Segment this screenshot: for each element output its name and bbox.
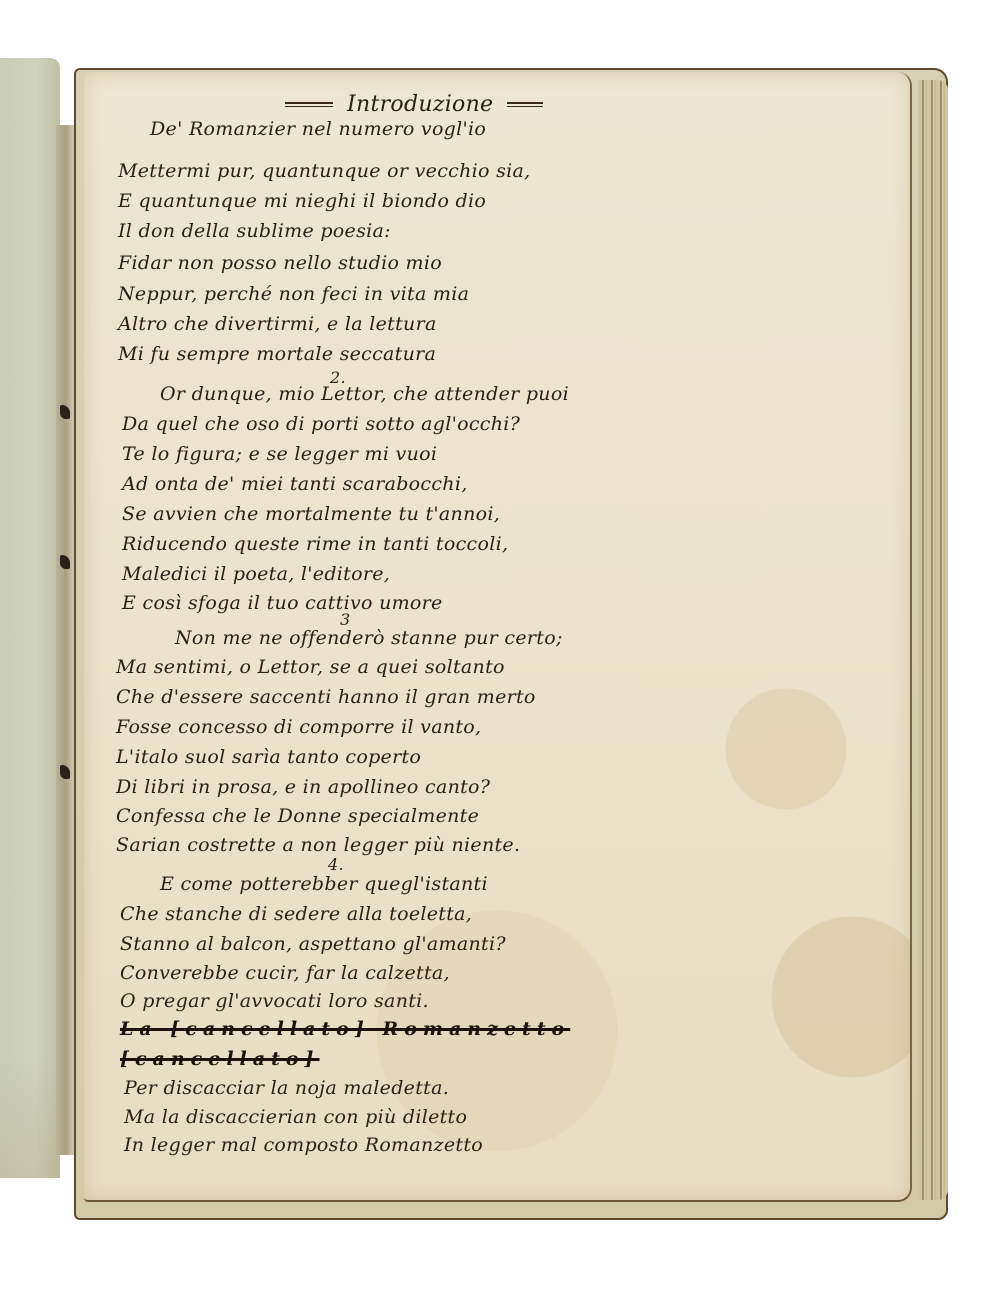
verse-line: E come potterebber quegl'istanti — [160, 873, 488, 895]
verse-line: E così sfoga il tuo cattivo umore — [122, 592, 443, 614]
verse-line: Ma la discaccierian con più diletto — [124, 1106, 467, 1128]
verse-line: Di libri in prosa, e in apollineo canto? — [116, 776, 490, 798]
struck-line: La [cancellato] Romanzetto — [120, 1018, 730, 1040]
verse-line: Mettermi pur, quantunque or vecchio sia, — [118, 160, 530, 182]
verse-line: In legger mal composto Romanzetto — [124, 1134, 483, 1156]
verse-line: Fosse concesso di comporre il vanto, — [116, 716, 481, 738]
verse-line: Altro che divertirmi, e la lettura — [118, 313, 437, 335]
verse-line: Te lo figura; e se legger mi vuoi — [122, 443, 437, 465]
verse-line: Riducendo queste rime in tanti toccoli, — [122, 533, 508, 555]
handwritten-text: Introduzione De' Romanzier nel numero vo… — [0, 0, 1000, 1293]
verse-line: Mi fu sempre mortale seccatura — [118, 343, 436, 365]
verse-line: De' Romanzier nel numero vogl'io — [150, 118, 486, 140]
verse-line: Che stanche di sedere alla toeletta, — [120, 903, 472, 925]
verse-line: Il don della sublime poesia: — [118, 220, 391, 242]
verse-line: Stanno al balcon, aspettano gl'amanti? — [120, 933, 506, 955]
verse-line: Che d'essere saccenti hanno il gran mert… — [116, 686, 536, 708]
verse-line: Se avvien che mortalmente tu t'annoi, — [122, 503, 500, 525]
verse-line: O pregar gl'avvocati loro santi. — [120, 990, 429, 1012]
verse-line: Ad onta de' miei tanti scarabocchi, — [122, 473, 468, 495]
verse-line: Per discacciar la noja maledetta. — [124, 1077, 449, 1099]
verse-line: L'italo suol sarìa tanto coperto — [116, 746, 421, 768]
stanza-number: 4. — [328, 855, 344, 874]
title-row: Introduzione — [285, 92, 615, 117]
verse-line: Converebbe cucir, far la calzetta, — [120, 962, 450, 984]
title-rule-left — [285, 102, 333, 107]
page-title: Introduzione — [347, 92, 493, 117]
verse-line: E quantunque mi nieghi il biondo dio — [118, 190, 486, 212]
verse-line: Non me ne offenderò stanne pur certo; — [175, 627, 563, 649]
struck-line: [cancellato] — [120, 1048, 500, 1070]
verse-line: Confessa che le Donne specialmente — [116, 805, 479, 827]
verse-line: Da quel che oso di porti sotto agl'occhi… — [122, 413, 520, 435]
verse-line: Sarian costrette a non legger più niente… — [116, 834, 520, 856]
verse-line: Ma sentimi, o Lettor, se a quei soltanto — [116, 656, 505, 678]
verse-line: Maledici il poeta, l'editore, — [122, 563, 390, 585]
verse-line: Fidar non posso nello studio mio — [118, 252, 442, 274]
manuscript-photo: Introduzione De' Romanzier nel numero vo… — [0, 0, 1000, 1293]
verse-line: Neppur, perché non feci in vita mia — [118, 283, 469, 305]
verse-line: Or dunque, mio Lettor, che attender puoi — [160, 383, 569, 405]
title-rule-right — [507, 102, 543, 107]
